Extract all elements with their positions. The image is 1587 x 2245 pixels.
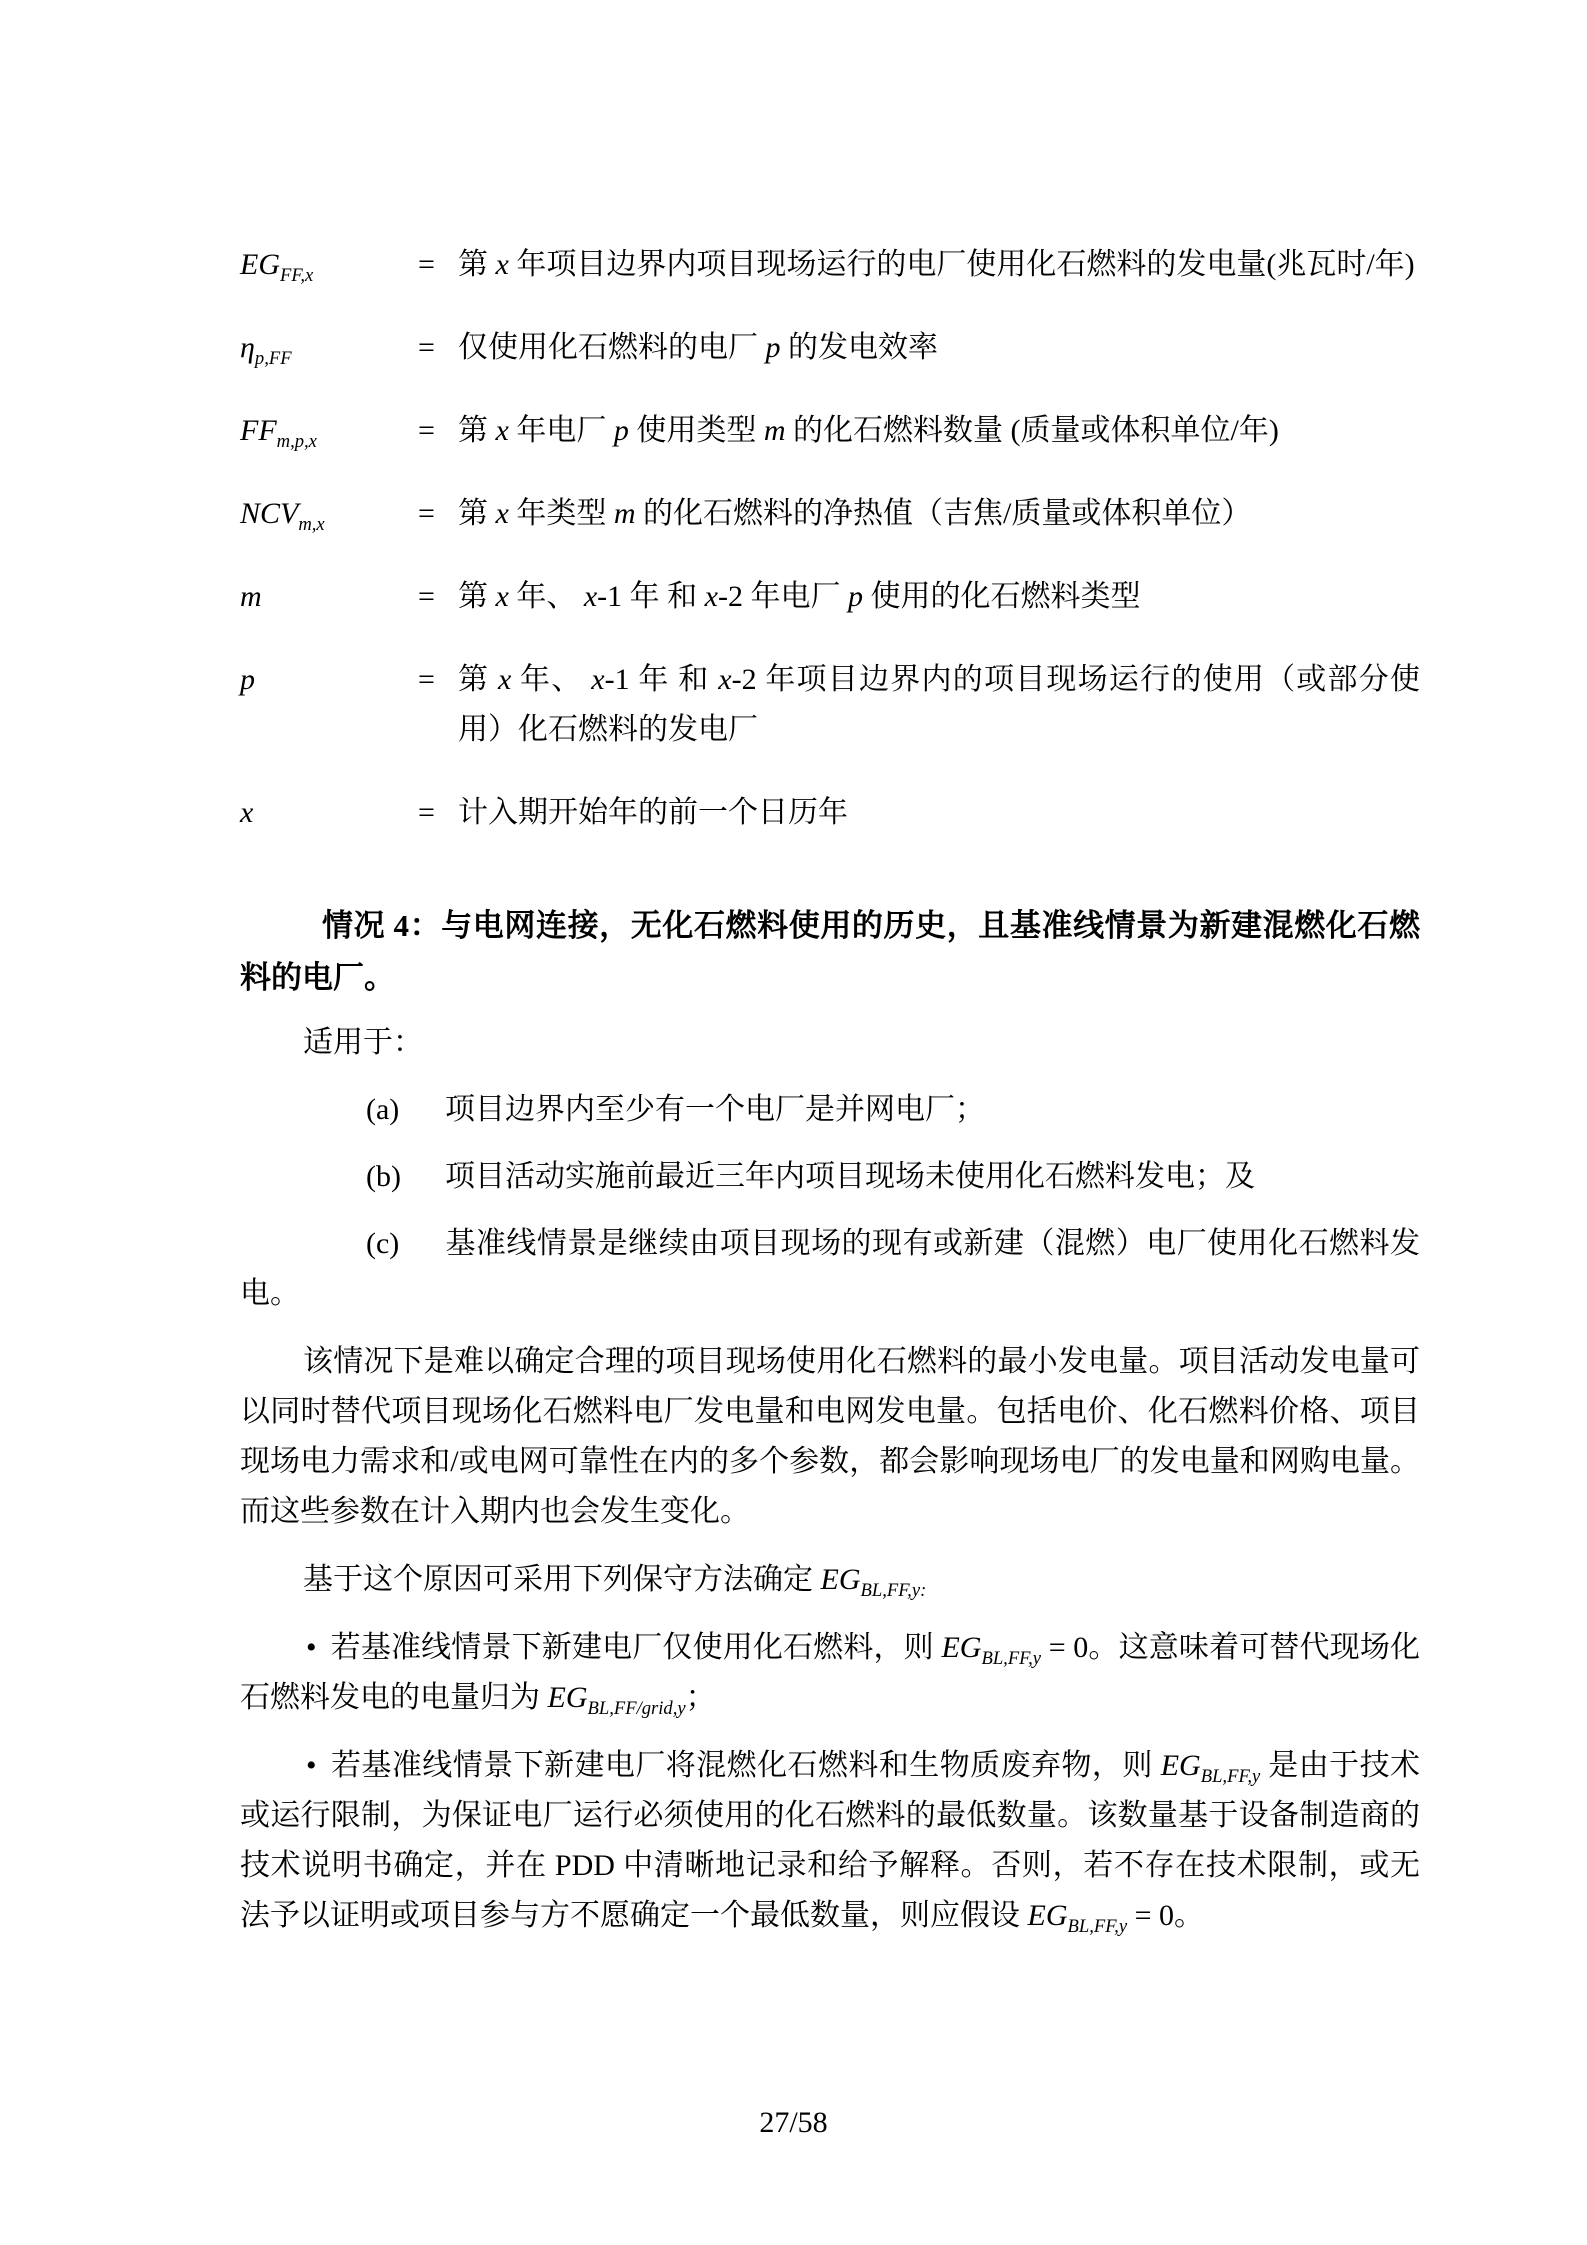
- equals-sign: =: [418, 489, 458, 539]
- definition-term: x: [240, 788, 418, 838]
- equals-sign: =: [418, 655, 458, 755]
- definition-description: 第 x 年、 x-1 年 和 x-2 年项目边界内的项目现场运行的使用（或部分使…: [458, 655, 1420, 755]
- definition-term: m: [240, 572, 418, 622]
- definition-description: 第 x 年电厂 p 使用类型 m 的化石燃料数量 (质量或体积单位/年): [458, 406, 1420, 456]
- definition-row-x: x = 计入期开始年的前一个日历年: [240, 788, 1420, 838]
- condition-label: (b): [303, 1152, 445, 1202]
- equals-sign: =: [418, 323, 458, 373]
- page-number: 27/58: [0, 2103, 1587, 2143]
- applicability-label: 适用于：: [240, 1018, 1420, 1068]
- equals-sign: =: [418, 572, 458, 622]
- definition-term: EGFF,x: [240, 240, 418, 290]
- paragraph-case4-discussion: 该情况下是难以确定合理的项目现场使用化石燃料的最小发电量。项目活动发电量可以同时…: [240, 1337, 1420, 1537]
- definition-term: p: [240, 655, 418, 755]
- definition-row-eta-p-ff: ηp,FF = 仅使用化石燃料的电厂 p 的发电效率: [240, 323, 1420, 373]
- bullet-item-ff-only: •若基准线情景下新建电厂仅使用化石燃料，则 EGBL,FF,y = 0。这意味着…: [240, 1623, 1420, 1723]
- definition-description: 第 x 年、 x-1 年 和 x-2 年电厂 p 使用的化石燃料类型: [458, 572, 1420, 622]
- equals-sign: =: [418, 406, 458, 456]
- case4-heading: 情况 4：与电网连接，无化石燃料使用的历史，且基准线情景为新建混燃化石燃料的电厂…: [240, 900, 1420, 1004]
- definition-row-ncv-m-x: NCVm,x = 第 x 年类型 m 的化石燃料的净热值（吉焦/质量或体积单位）: [240, 489, 1420, 539]
- definition-description: 计入期开始年的前一个日历年: [458, 788, 1420, 838]
- definition-row-eg-ff-x: EGFF,x = 第 x 年项目边界内项目现场运行的电厂使用化石燃料的发电量(兆…: [240, 240, 1420, 290]
- condition-text: 项目边界内至少有一个电厂是并网电厂；: [445, 1093, 985, 1126]
- bullet-text: 若基准线情景下新建电厂将混燃化石燃料和生物质废弃物，则 EGBL,FF,y 是由…: [240, 1749, 1420, 1932]
- bullet-marker: •: [306, 1631, 317, 1664]
- paragraph-conservative-approach: 基于这个原因可采用下列保守方法确定 EGBL,FF,y:: [240, 1555, 1420, 1605]
- definition-term: NCVm,x: [240, 489, 418, 539]
- equals-sign: =: [418, 240, 458, 290]
- condition-item-b: (b)项目活动实施前最近三年内项目现场未使用化石燃料发电；及: [240, 1152, 1420, 1202]
- bullet-text: 若基准线情景下新建电厂仅使用化石燃料，则 EGBL,FF,y = 0。这意味着可…: [240, 1631, 1420, 1714]
- definition-description: 第 x 年项目边界内项目现场运行的电厂使用化石燃料的发电量(兆瓦时/年): [458, 240, 1420, 290]
- bullet-item-cofiring: •若基准线情景下新建电厂将混燃化石燃料和生物质废弃物，则 EGBL,FF,y 是…: [240, 1741, 1420, 1941]
- definition-row-p: p = 第 x 年、 x-1 年 和 x-2 年项目边界内的项目现场运行的使用（…: [240, 655, 1420, 755]
- equals-sign: =: [418, 788, 458, 838]
- condition-text: 项目活动实施前最近三年内项目现场未使用化石燃料发电；及: [445, 1160, 1255, 1193]
- condition-item-c: (c)基准线情景是继续由项目现场的现有或新建（混燃）电厂使用化石燃料发电。: [240, 1219, 1420, 1319]
- condition-item-a: (a)项目边界内至少有一个电厂是并网电厂；: [240, 1085, 1420, 1135]
- document-content: EGFF,x = 第 x 年项目边界内项目现场运行的电厂使用化石燃料的发电量(兆…: [240, 240, 1420, 1941]
- bullet-marker: •: [306, 1749, 317, 1782]
- definition-description: 仅使用化石燃料的电厂 p 的发电效率: [458, 323, 1420, 373]
- definition-row-m: m = 第 x 年、 x-1 年 和 x-2 年电厂 p 使用的化石燃料类型: [240, 572, 1420, 622]
- definition-term: ηp,FF: [240, 323, 418, 373]
- definition-term: FFm,p,x: [240, 406, 418, 456]
- condition-label: (c): [303, 1219, 445, 1269]
- condition-label: (a): [303, 1085, 445, 1135]
- document-page: EGFF,x = 第 x 年项目边界内项目现场运行的电厂使用化石燃料的发电量(兆…: [0, 0, 1587, 2245]
- definition-description: 第 x 年类型 m 的化石燃料的净热值（吉焦/质量或体积单位）: [458, 489, 1420, 539]
- definition-row-ff-m-p-x: FFm,p,x = 第 x 年电厂 p 使用类型 m 的化石燃料数量 (质量或体…: [240, 406, 1420, 456]
